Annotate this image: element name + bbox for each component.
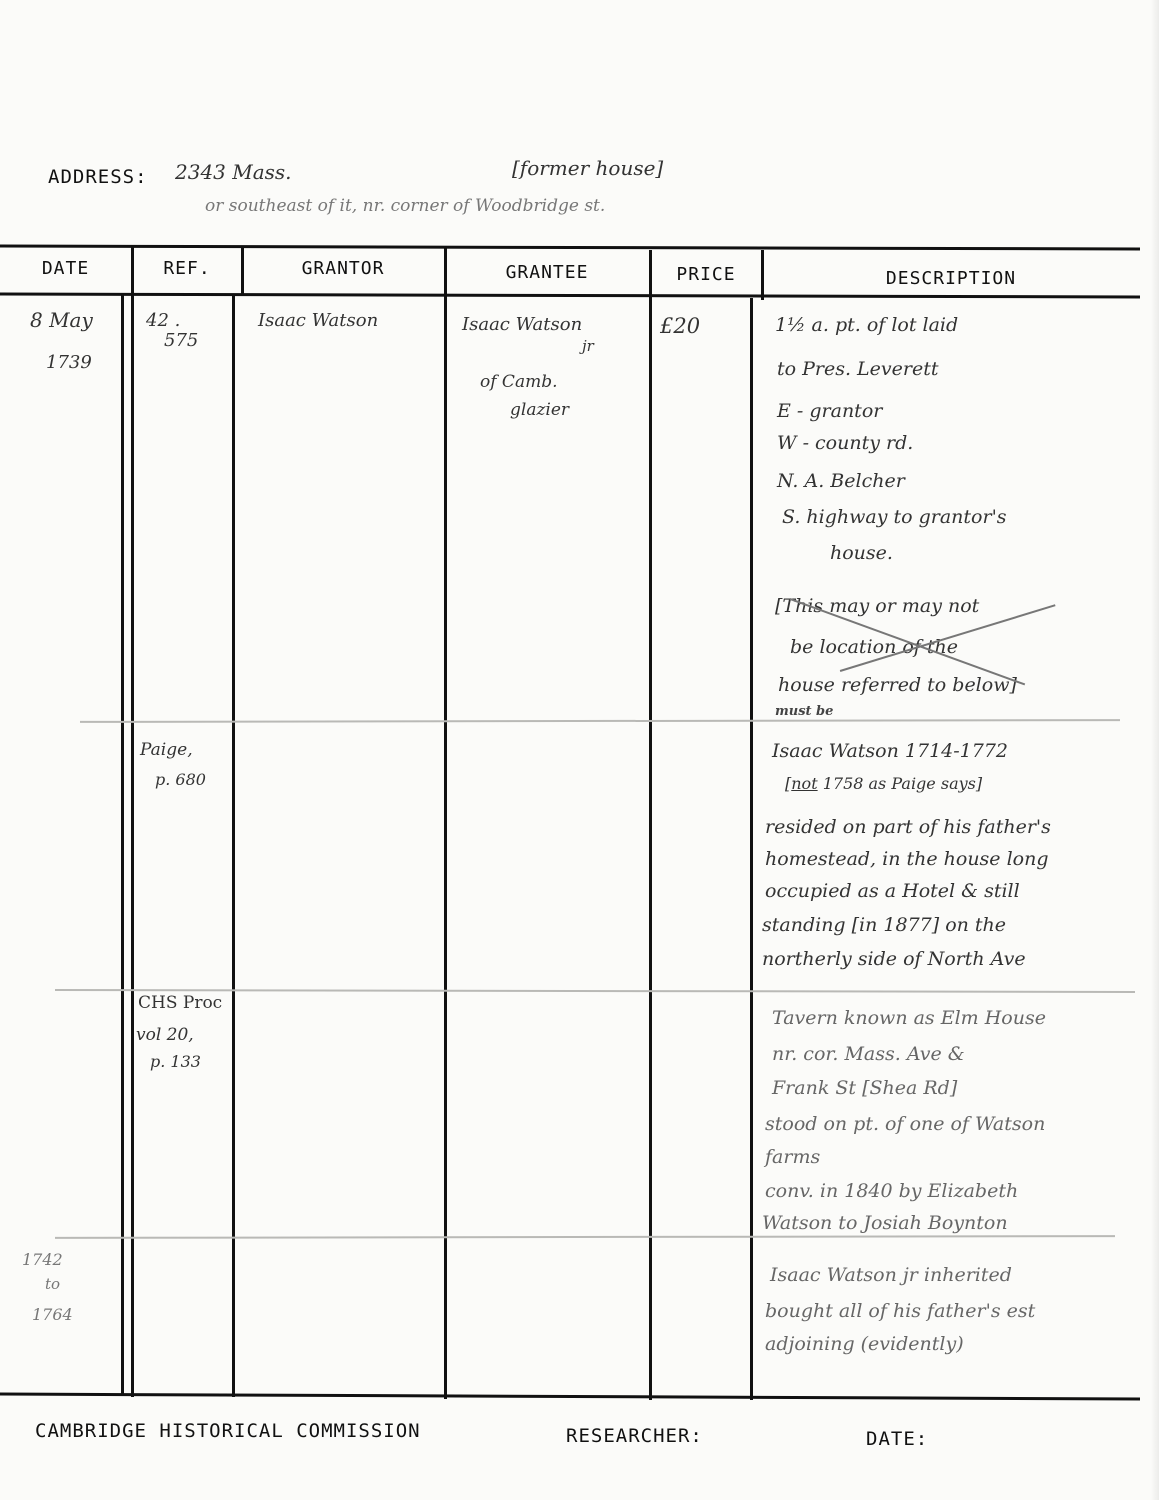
crossed-note-line: [This may or may not bbox=[775, 595, 979, 617]
entry-ref: CHS Proc bbox=[138, 993, 222, 1013]
entry-separator bbox=[80, 719, 1120, 722]
entry-description-line: northerly side of North Ave bbox=[762, 948, 1026, 970]
entry-description-line: farms bbox=[765, 1146, 820, 1168]
entry-description-line: Isaac Watson 1714-1772 bbox=[772, 740, 1008, 762]
entry-description-line: W - county rd. bbox=[777, 432, 913, 454]
column-header-date: DATE bbox=[0, 258, 131, 279]
entry-description-line: occupied as a Hotel & still bbox=[765, 880, 1020, 902]
correction-note: must be bbox=[775, 704, 833, 719]
address-label: ADDRESS: bbox=[48, 166, 148, 188]
entry-description-line: adjoining (evidently) bbox=[765, 1333, 964, 1355]
entry-description-line: nr. cor. Mass. Ave & bbox=[772, 1043, 965, 1065]
column-header-grantee: GRANTEE bbox=[445, 262, 649, 283]
entry-ref: 42 . bbox=[146, 310, 180, 331]
entry-description-line: E - grantor bbox=[777, 400, 882, 422]
table-top-rule bbox=[0, 245, 1140, 251]
column-header-grantor: GRANTOR bbox=[242, 258, 444, 279]
page-edge bbox=[1151, 0, 1159, 1500]
entry-description-line: Watson to Josiah Boynton bbox=[762, 1212, 1008, 1234]
entry-date: 1742 bbox=[22, 1250, 63, 1269]
crossed-note-line: be location of the bbox=[790, 636, 958, 658]
column-divider bbox=[444, 247, 447, 1399]
entry-price: £20 bbox=[660, 314, 700, 338]
entry-description-line: stood on pt. of one of Watson bbox=[765, 1113, 1045, 1135]
footer-date-label: DATE: bbox=[866, 1428, 928, 1450]
entry-description-line: S. highway to grantor's bbox=[782, 506, 1007, 528]
entry-separator bbox=[55, 989, 1135, 992]
footer-organization: CAMBRIDGE HISTORICAL COMMISSION bbox=[35, 1420, 421, 1442]
entry-description-line: standing [in 1877] on the bbox=[762, 914, 1006, 936]
entry-description-line: Frank St [Shea Rd] bbox=[772, 1077, 957, 1099]
entry-description-line: house. bbox=[830, 542, 893, 564]
entry-date-to: to bbox=[45, 1275, 60, 1293]
entry-date-year: 1739 bbox=[46, 352, 92, 373]
address-note: [former house] bbox=[512, 156, 663, 180]
column-divider bbox=[649, 250, 652, 1400]
entry-description-line: conv. in 1840 by Elizabeth bbox=[765, 1180, 1018, 1202]
column-divider bbox=[232, 295, 235, 1397]
entry-ref-page: 575 bbox=[164, 330, 198, 351]
crossed-note-line: house referred to below] bbox=[778, 674, 1017, 696]
entry-ref-page: p. 680 bbox=[155, 770, 206, 789]
column-divider bbox=[750, 298, 753, 1400]
entry-description-line: to Pres. Leverett bbox=[777, 358, 939, 380]
entry-date: 8 May bbox=[30, 308, 93, 332]
entry-description-line: 1½ a. pt. of lot laid bbox=[775, 314, 958, 336]
address-value: 2343 Mass. bbox=[175, 160, 292, 184]
entry-ref-page: p. 133 bbox=[150, 1052, 201, 1071]
entry-description-line: resided on part of his father's bbox=[765, 816, 1051, 838]
entry-grantee-suffix: jr bbox=[582, 337, 594, 355]
entry-ref-volume: vol 20, bbox=[136, 1025, 194, 1045]
bracket-text: 1758 as Paige says] bbox=[818, 774, 982, 793]
entry-grantor: Isaac Watson bbox=[258, 310, 378, 331]
entry-date-end: 1764 bbox=[32, 1305, 73, 1324]
entry-grantee: Isaac Watson bbox=[462, 314, 582, 335]
address-location-note: or southeast of it, nr. corner of Woodbr… bbox=[205, 196, 605, 216]
column-divider bbox=[121, 295, 124, 1395]
entry-grantee-residence: of Camb. bbox=[480, 372, 557, 392]
entry-description-line: Tavern known as Elm House bbox=[772, 1007, 1046, 1029]
column-header-price: PRICE bbox=[650, 264, 762, 285]
entry-description-line: bought all of his father's est bbox=[765, 1300, 1035, 1322]
column-divider bbox=[131, 247, 134, 1397]
entry-ref: Paige, bbox=[140, 740, 193, 760]
entry-separator bbox=[55, 1235, 1115, 1238]
entry-description-line: Isaac Watson jr inherited bbox=[770, 1264, 1012, 1286]
table-bottom-rule bbox=[0, 1393, 1140, 1401]
table-header-rule bbox=[0, 293, 1140, 299]
entry-description-line: homestead, in the house long bbox=[765, 848, 1049, 870]
entry-grantee-occupation: glazier bbox=[510, 400, 569, 420]
column-header-description: DESCRIPTION bbox=[762, 268, 1140, 289]
underlined-word: not bbox=[791, 774, 817, 793]
footer-researcher-label: RESEARCHER: bbox=[566, 1425, 703, 1447]
column-header-ref: REF. bbox=[132, 258, 242, 279]
entry-description-line: [not 1758 as Paige says] bbox=[785, 774, 982, 793]
entry-description-line: N. A. Belcher bbox=[777, 470, 905, 492]
